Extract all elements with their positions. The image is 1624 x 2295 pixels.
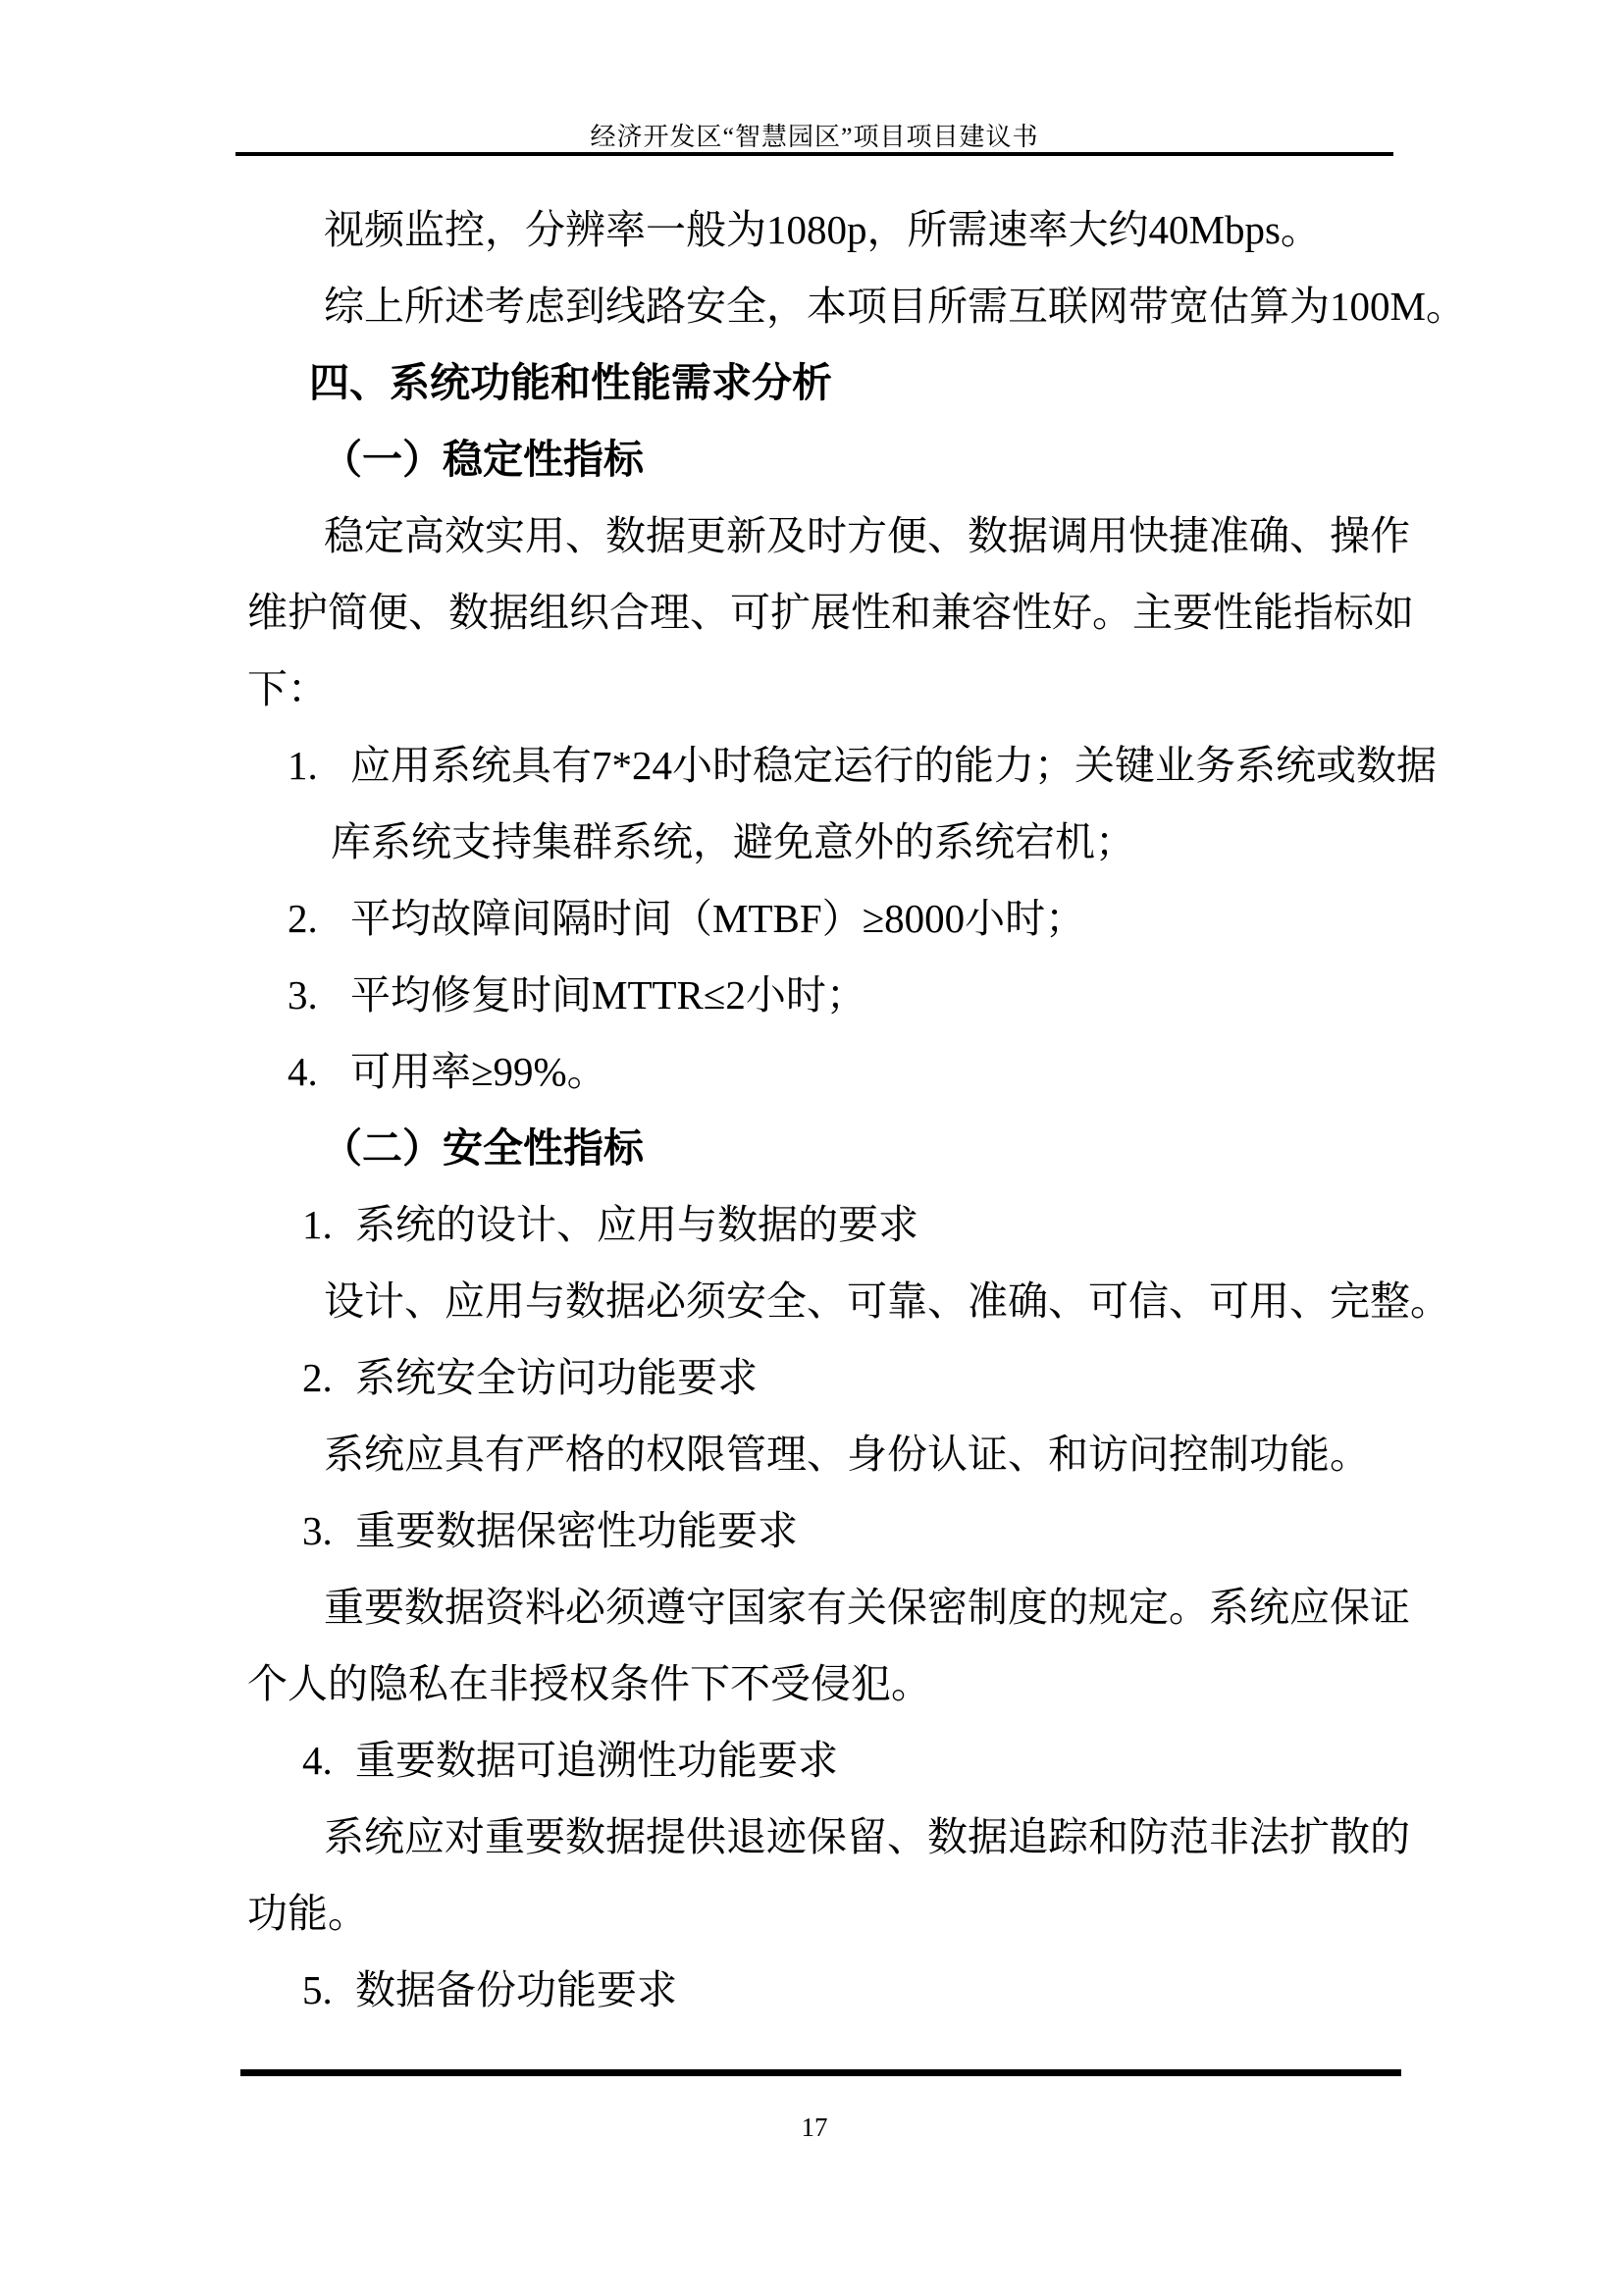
numbered-item-text: 重要数据保密性功能要求 xyxy=(355,1508,798,1553)
list-item: 1.应用系统具有7*24小时稳定运行的能力；关键业务系统或数据 xyxy=(0,727,1624,804)
paragraph-line: 个人的隐私在非授权条件下不受侵犯。 xyxy=(0,1645,1624,1722)
paragraph-line: 功能。 xyxy=(0,1875,1624,1952)
numbered-item-text: 数据备份功能要求 xyxy=(355,1967,677,2012)
paragraph-line: 维护简便、数据组织合理、可扩展性和兼容性好。主要性能指标如 xyxy=(0,574,1624,651)
numbered-item-number: 1. xyxy=(302,1186,355,1263)
document-body: 视频监控，分辨率一般为1080p，所需速率大约40Mbps。 综上所述考虑到线路… xyxy=(0,191,1624,2028)
document-page: 经济开发区“智慧园区”项目项目建议书 视频监控，分辨率一般为1080p，所需速率… xyxy=(0,0,1624,2295)
list-item-number: 2. xyxy=(288,880,350,957)
paragraph-line: 综上所述考虑到线路安全，本项目所需互联网带宽估算为100M。 xyxy=(0,268,1624,344)
page-number: 17 xyxy=(236,2110,1393,2145)
paragraph-line: 视频监控，分辨率一般为1080p，所需速率大约40Mbps。 xyxy=(0,191,1624,268)
section-heading: 四、系统功能和性能需求分析 xyxy=(0,344,1624,421)
paragraph-line: 设计、应用与数据必须安全、可靠、准确、可信、可用、完整。 xyxy=(0,1263,1624,1339)
numbered-item-number: 4. xyxy=(302,1722,355,1799)
numbered-item-text: 重要数据可追溯性功能要求 xyxy=(355,1738,838,1783)
numbered-item: 5.数据备份功能要求 xyxy=(0,1952,1624,2028)
numbered-item: 4.重要数据可追溯性功能要求 xyxy=(0,1722,1624,1799)
paragraph-line: 系统应对重要数据提供退迹保留、数据追踪和防范非法扩散的 xyxy=(0,1799,1624,1875)
subsection-heading: （一）稳定性指标 xyxy=(0,421,1624,497)
numbered-item-number: 5. xyxy=(302,1952,355,2028)
paragraph-line: 系统应具有严格的权限管理、身份认证、和访问控制功能。 xyxy=(0,1416,1624,1492)
list-item-number: 4. xyxy=(288,1033,350,1110)
list-item: 2.平均故障间隔时间（MTBF）≥8000小时； xyxy=(0,880,1624,957)
list-item-number: 3. xyxy=(288,957,350,1033)
paragraph-line: 稳定高效实用、数据更新及时方便、数据调用快捷准确、操作 xyxy=(0,497,1624,574)
numbered-item-number: 2. xyxy=(302,1339,355,1416)
footer-divider xyxy=(240,2069,1401,2076)
list-item-text: 平均故障间隔时间（MTBF）≥8000小时； xyxy=(350,896,1085,941)
list-item: 3.平均修复时间MTTR≤2小时； xyxy=(0,957,1624,1033)
subsection-heading: （二）安全性指标 xyxy=(0,1110,1624,1186)
numbered-item: 3.重要数据保密性功能要求 xyxy=(0,1492,1624,1569)
numbered-item: 1.系统的设计、应用与数据的要求 xyxy=(0,1186,1624,1263)
list-item-text: 应用系统具有7*24小时稳定运行的能力；关键业务系统或数据 xyxy=(350,743,1437,788)
numbered-item: 2.系统安全访问功能要求 xyxy=(0,1339,1624,1416)
list-item: 4.可用率≥99%。 xyxy=(0,1033,1624,1110)
list-item-text: 平均修复时间MTTR≤2小时； xyxy=(350,972,866,1017)
paragraph-line: 重要数据资料必须遵守国家有关保密制度的规定。系统应保证 xyxy=(0,1569,1624,1645)
header-title: 经济开发区“智慧园区”项目项目建议书 xyxy=(236,119,1393,156)
numbered-item-number: 3. xyxy=(302,1492,355,1569)
numbered-item-text: 系统的设计、应用与数据的要求 xyxy=(355,1202,918,1247)
list-item-text: 可用率≥99%。 xyxy=(350,1049,607,1094)
paragraph-line: 下： xyxy=(0,651,1624,727)
header-divider xyxy=(236,152,1393,156)
list-item-number: 1. xyxy=(288,727,350,804)
numbered-item-text: 系统安全访问功能要求 xyxy=(355,1355,758,1400)
list-item-continuation: 库系统支持集群系统，避免意外的系统宕机； xyxy=(0,804,1624,880)
